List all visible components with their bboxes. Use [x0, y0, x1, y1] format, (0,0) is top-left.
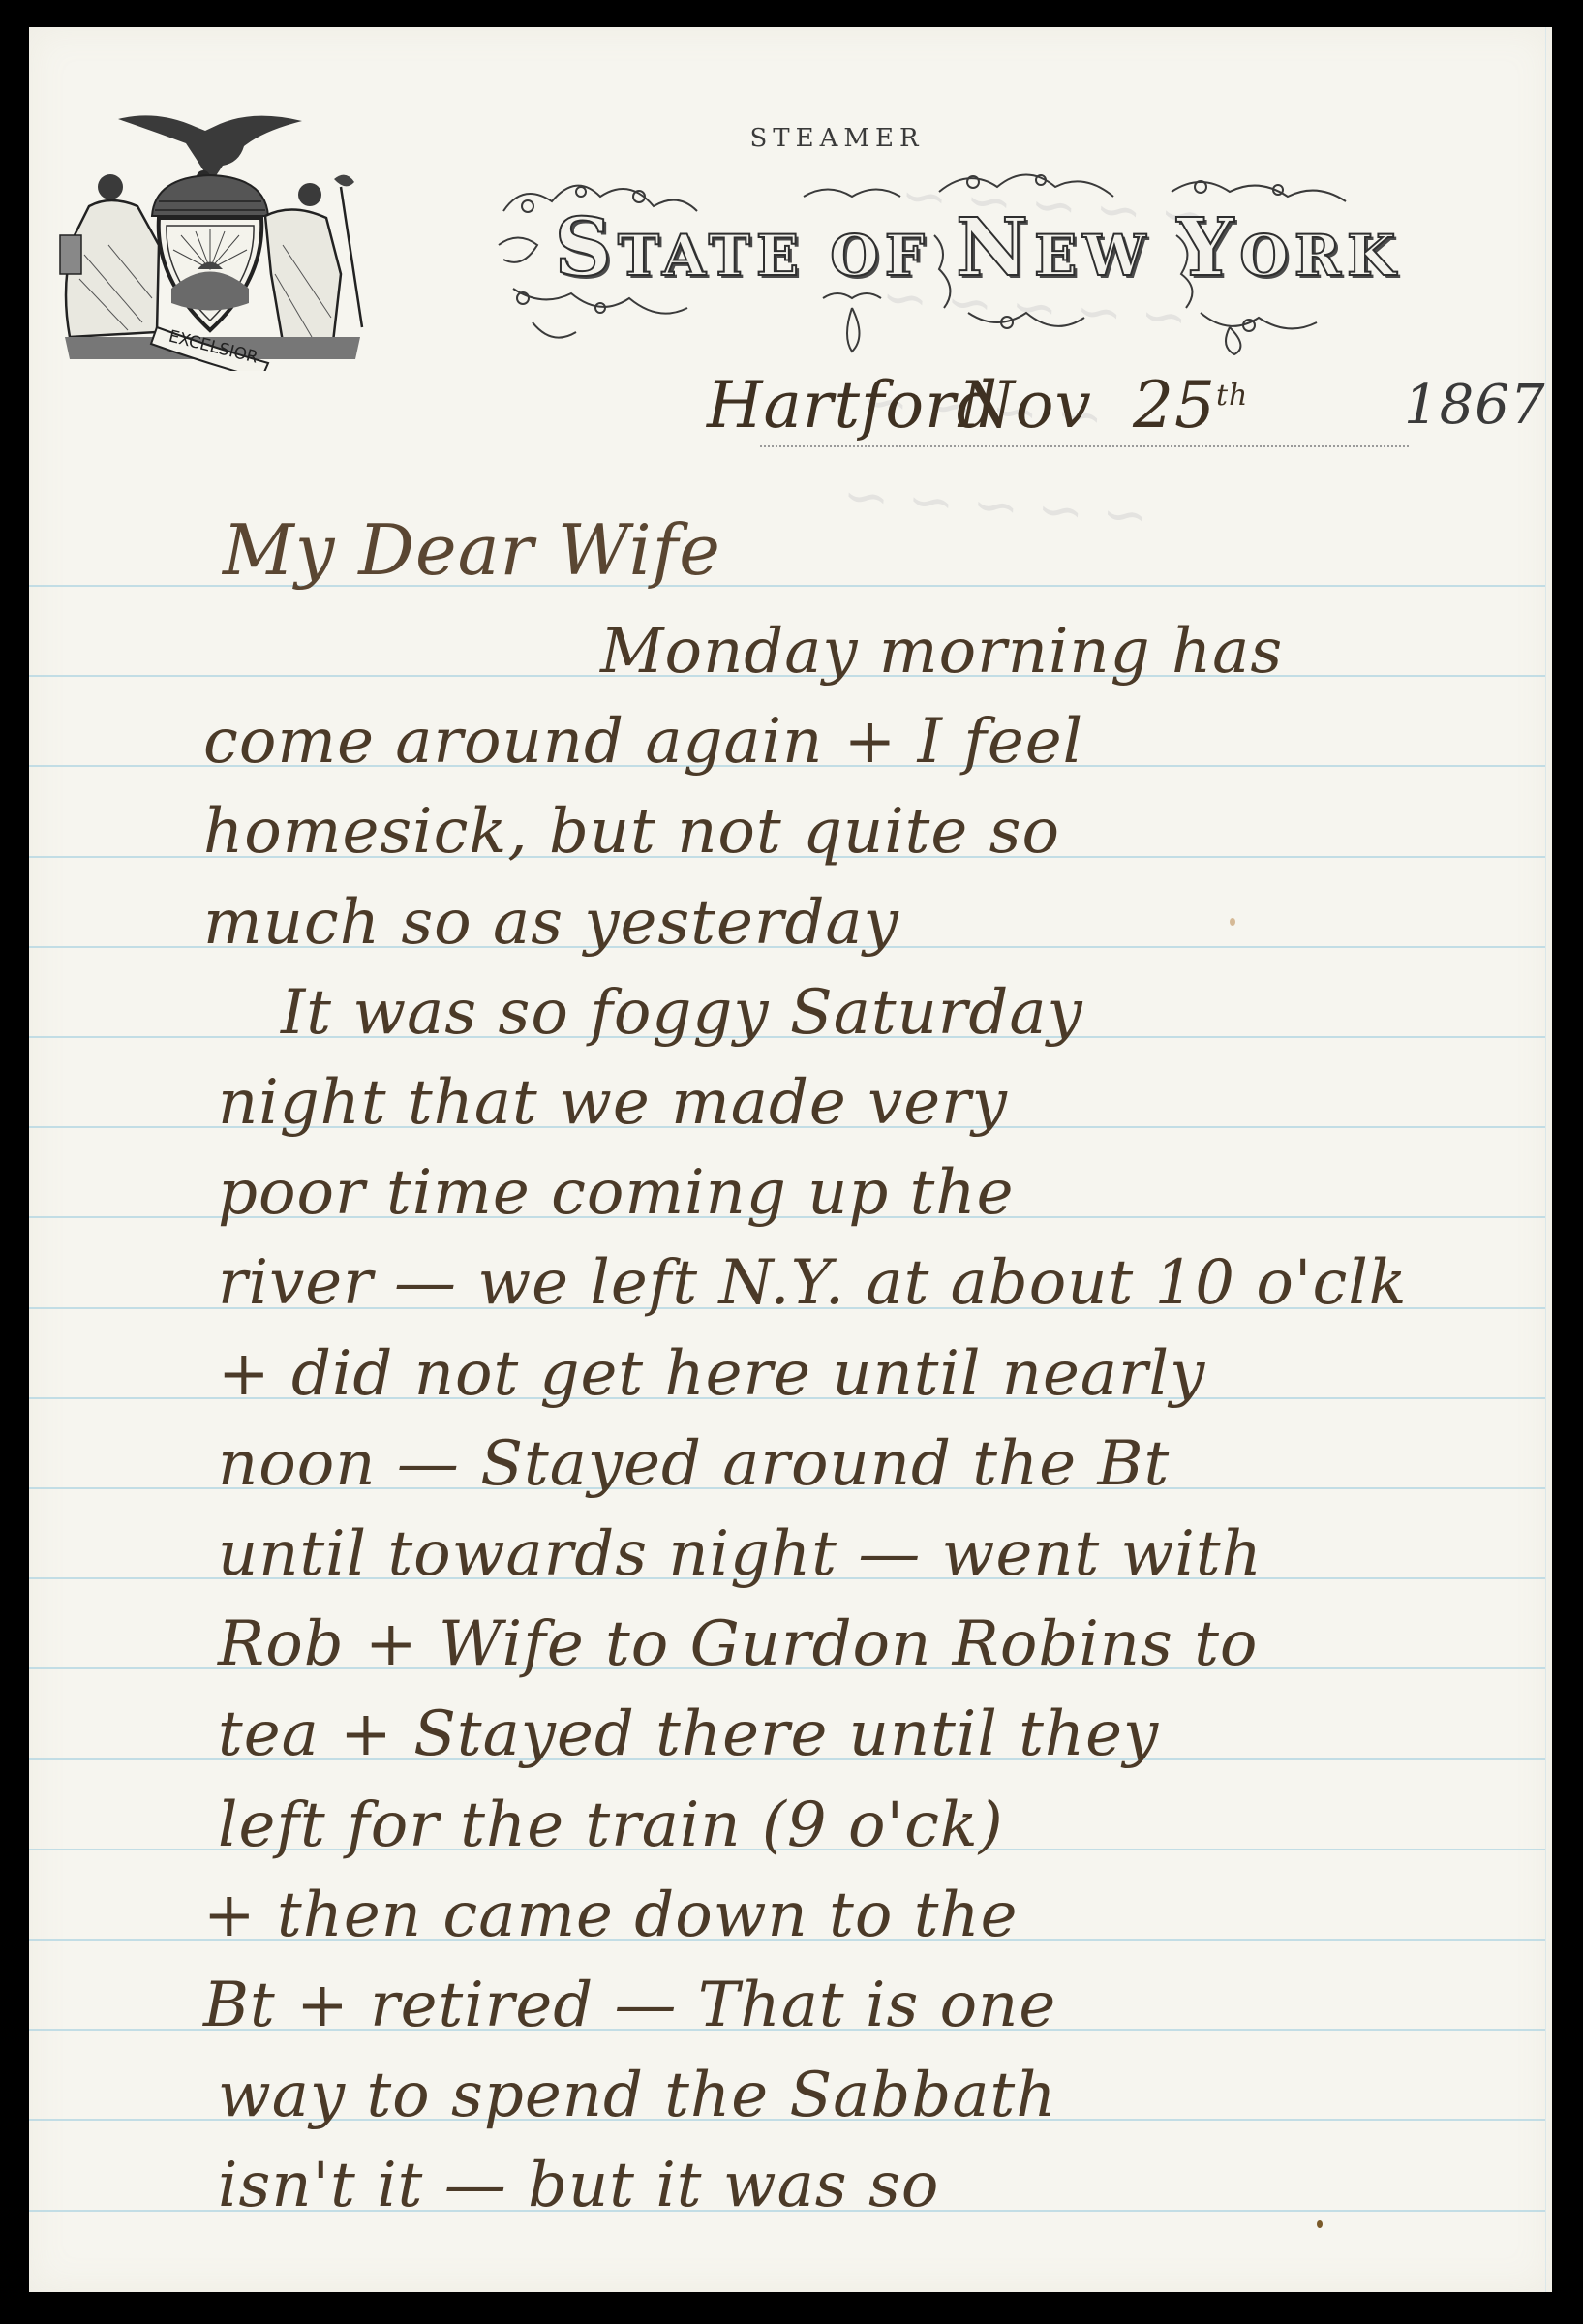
letter-line: until towards night — went with: [218, 1523, 1263, 1585]
letter-line: left for the train (9 o'ck): [218, 1794, 1004, 1856]
foxing-spot: [1230, 918, 1235, 926]
letter-line: isn't it — but it was so: [218, 2155, 939, 2217]
dateline-dotted-rule: [760, 445, 1409, 447]
letter-line: Rob + Wife to Gurdon Robins to: [218, 1613, 1258, 1675]
letter-line: Monday morning has: [600, 621, 1283, 683]
letter-line: come around again + I feel: [203, 711, 1083, 773]
salutation: My Dear Wife: [223, 509, 721, 591]
page-edge-rule: [1545, 27, 1546, 2292]
dateline-day: 25th: [1133, 368, 1248, 443]
letter-line: It was so foggy Saturday: [281, 982, 1083, 1044]
letter-line: much so as yesterday: [203, 892, 899, 954]
letter-line: river — we left N.Y. at about 10 o'clk: [218, 1252, 1408, 1314]
title-word: NEW: [956, 223, 1151, 289]
title-word: STATE: [555, 223, 805, 289]
dateline-month: Nov: [959, 368, 1092, 443]
letter-line: + then came down to the: [203, 1884, 1019, 1946]
letter-line: poor time coming up the: [218, 1162, 1014, 1224]
letter-line: way to spend the Sabbath: [218, 2064, 1056, 2126]
letter-page: ~ ~ ~ ~ ~ ~ ~ ~ ~ ~ ~ ~ ~ ~ ~ ~ ~ ~ ~: [29, 27, 1552, 2292]
letter-line: night that we made very: [218, 1072, 1008, 1134]
letter-line: homesick, but not quite so: [203, 801, 1060, 863]
ink-spot: [1317, 2220, 1323, 2228]
letter-line: tea + Stayed there until they: [218, 1703, 1159, 1765]
letter-line: + did not get here until nearly: [218, 1343, 1205, 1405]
title-word: YORK: [1177, 223, 1402, 289]
bleed-through-text: ~ ~ ~ ~ ~: [840, 462, 1151, 549]
letterhead-steamer-label: STEAMER: [29, 124, 1552, 153]
letterhead-title: STATE OF NEW YORK: [484, 153, 1452, 356]
dateline-place: Hartford: [707, 368, 998, 443]
letterhead-state-of-new-york: STATE OF NEW YORK: [513, 201, 1443, 294]
letter-line: Bt + retired — That is one: [203, 1974, 1056, 2036]
title-word: OF: [830, 223, 930, 289]
dateline-year: 1867: [1404, 374, 1546, 437]
letter-line: noon — Stayed around the Bt: [218, 1433, 1170, 1495]
